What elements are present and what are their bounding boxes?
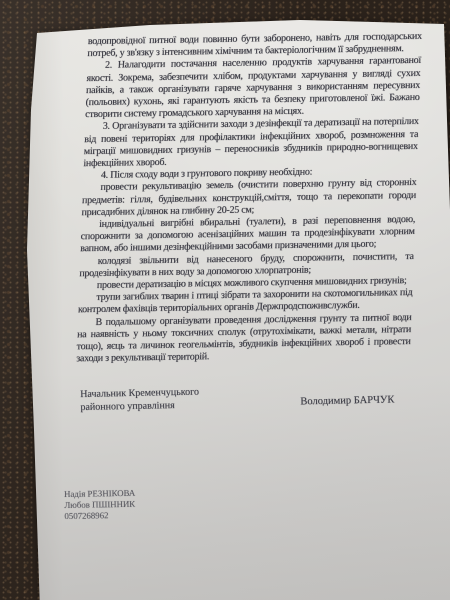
paragraph: провести рекультивацію земель (очистити … (81, 177, 416, 219)
paragraph: В подальшому організувати проведення дос… (76, 312, 412, 366)
contact-phone: 0507268962 (64, 510, 135, 522)
paragraph: 3. Організувати та здійснити заходи з де… (83, 116, 419, 170)
signature-position-line2: районного управління (80, 399, 199, 414)
photo-of-document: водопровідної питної води повинно бути з… (0, 0, 450, 600)
paragraph: 2. Налагодити постачання населенню проду… (85, 55, 421, 121)
document-body-text: водопровідної питної води повинно бути з… (76, 31, 422, 366)
signatory-name: Володимир БАРЧУК (300, 393, 394, 408)
paragraph: індивідуальні вигрібні вбиральні (туалет… (80, 214, 415, 256)
signature-position: Начальник Кременчуцького районного управ… (80, 386, 199, 414)
contacts-block: Надія РЕЗНІКОВА Любов ПШІННИК 0507268962 (64, 488, 136, 523)
contact-person-2: Любов ПШІННИК (64, 499, 135, 511)
signature-position-line1: Начальник Кременчуцького (80, 386, 199, 401)
